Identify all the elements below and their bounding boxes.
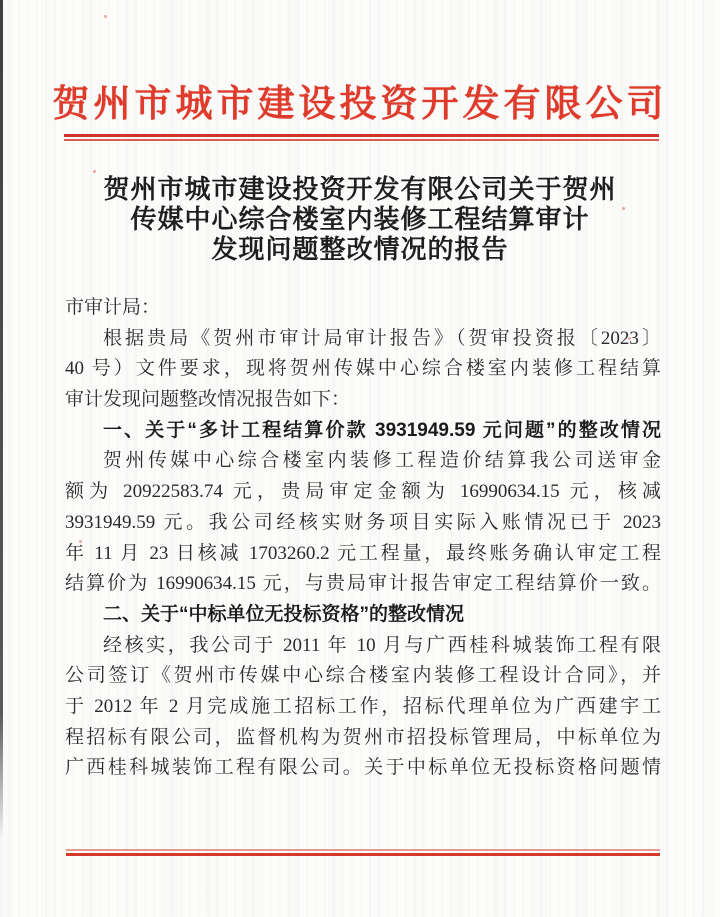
- letterhead-rule: [64, 134, 659, 141]
- scan-noise: [93, 170, 96, 173]
- footer-rule: [66, 849, 660, 856]
- section-heading-1: 一、关于“多计工程结算价款 3931949.59 元问题”的整改情况: [65, 416, 661, 447]
- body-line: 根据贵局《贺州市审计局审计报告》（贺审投资报〔2023〕: [65, 324, 661, 355]
- section-heading-2: 二、关于“中标单位无投标资格”的整改情况: [65, 600, 661, 631]
- body-line: 额为 20922583.74 元，贵局审定金额为 16990634.15 元，核…: [65, 477, 661, 508]
- scan-edge-artifact: [0, 0, 3, 840]
- body-line: 程招标有限公司，监督机构为贺州市招投标管理局，中标单位为: [65, 723, 661, 754]
- body-line: 贺州传媒中心综合楼室内装修工程造价结算我公司送审金: [65, 446, 661, 477]
- scanned-document-page: 贺州市城市建设投资开发有限公司 贺州市城市建设投资开发有限公司关于贺州 传媒中心…: [0, 0, 720, 917]
- title-line: 发现问题整改情况的报告: [40, 235, 680, 265]
- body-line: 年 11 月 23 日核减 1703260.2 元工程量，最终账务确认审定工程: [65, 539, 661, 570]
- body-line: 公司签订《贺州市传媒中心综合楼室内装修工程设计合同》，并: [65, 661, 661, 692]
- scan-noise: [104, 15, 107, 18]
- salutation: 市审计局：: [65, 293, 661, 324]
- body-line: 经核实，我公司于 2011 年 10 月与广西桂科城装饰工程有限: [65, 631, 661, 662]
- body-line: 3931949.59 元。我公司经核实财务项目实际入账情况已于 2023: [65, 508, 661, 539]
- body-line: 于 2012 年 2 月完成施工招标工作，招标代理单位为广西建宇工: [65, 692, 661, 723]
- title-line: 传媒中心综合楼室内装修工程结算审计: [40, 205, 680, 235]
- letterhead-title: 贺州市城市建设投资开发有限公司: [0, 84, 720, 126]
- body-line: 审计发现问题整改情况报告如下：: [65, 385, 661, 416]
- title-line: 贺州市城市建设投资开发有限公司关于贺州: [40, 175, 680, 205]
- document-title: 贺州市城市建设投资开发有限公司关于贺州 传媒中心综合楼室内装修工程结算审计 发现…: [40, 175, 680, 265]
- body-line: 40 号）文件要求，现将贺州传媒中心综合楼室内装修工程结算: [65, 354, 661, 385]
- body-line: 广西桂科城装饰工程有限公司。关于中标单位无投标资格问题情: [65, 753, 661, 784]
- body-line: 结算价为 16990634.15 元，与贵局审计报告审定工程结算价一致。: [65, 569, 661, 600]
- document-body: 市审计局： 根据贵局《贺州市审计局审计报告》（贺审投资报〔2023〕 40 号）…: [65, 293, 661, 784]
